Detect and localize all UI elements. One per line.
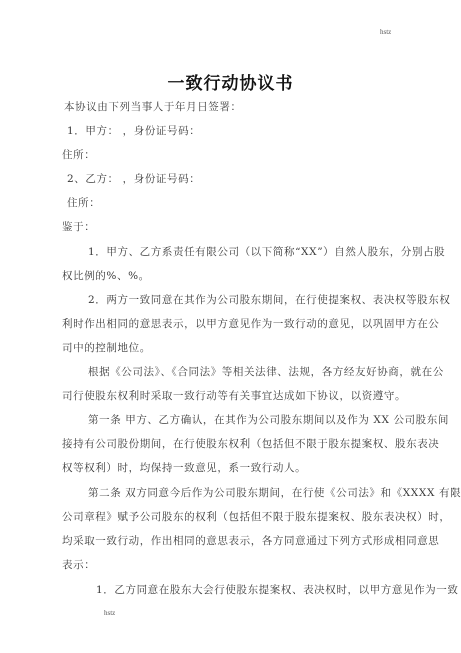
paragraph-line: 1．甲方、乙方系责任有限公司（以下简称“XX”）自然人股东，分别占股 [88, 245, 423, 259]
article-1-line: 接持有公司股份期间，在行使股东权利（包括但不限于股东提案权、股东表决 [62, 437, 397, 451]
article-2-line: 表示： [62, 558, 397, 572]
paragraph-line: 根据《公司法》、《合同法》等相关法律、法规，各方经友好协商，就在公 [88, 365, 423, 379]
document-title: 一致行动协议书 [0, 69, 461, 94]
party-a-line: 1．甲方： ，身份证号码： [67, 124, 402, 138]
whereas-heading: 鉴于： [62, 220, 397, 234]
article-1-line: 第一条 甲方、乙方确认，在其作为公司股东期间以及作为 XX 公司股东间 [88, 413, 423, 427]
article-2-line: 第二条 双方同意今后作为公司股东期间，在行使《公司法》和《XXXX 有限 [88, 486, 423, 500]
article-2-line: 均采取一致行动，作出相同的意思表示，各方同意通过下列方式形成相同意思 [62, 534, 397, 548]
page-header-text: hstz [380, 28, 391, 36]
paragraph-line: 权比例的%、%。 [62, 269, 397, 283]
paragraph-line: 司行使股东权利时采取一致行动等有关事宜达成如下协议，以资遵守。 [62, 389, 397, 403]
page-footer-text: hstz [104, 609, 115, 617]
intro-line: 本协议由下列当事人于年月日签署： [64, 100, 399, 114]
article-2-item-1: 1．乙方同意在股东大会行使股东提案权、表决权时，以甲方意见作为一致 [96, 583, 431, 597]
paragraph-line: 司中的控制地位。 [62, 341, 397, 355]
paragraph-line: 2．两方一致同意在其作为公司股东期间，在行使提案权、表决权等股东权 [88, 293, 423, 307]
party-a-address: 住所： [62, 148, 397, 162]
party-b-address: 住所： [67, 196, 402, 210]
article-2-line: 公司章程》赋予公司股东的权利（包括但不限于股东提案权、股东表决权）时， [62, 510, 397, 524]
paragraph-line: 利时作出相同的意思表示，以甲方意见作为一致行动的意见，以巩固甲方在公 [62, 317, 397, 331]
party-b-line: 2、乙方： ，身份证号码： [67, 172, 402, 186]
article-1-line: 权等权利）时，均保持一致意见，系一致行动人。 [62, 461, 397, 475]
